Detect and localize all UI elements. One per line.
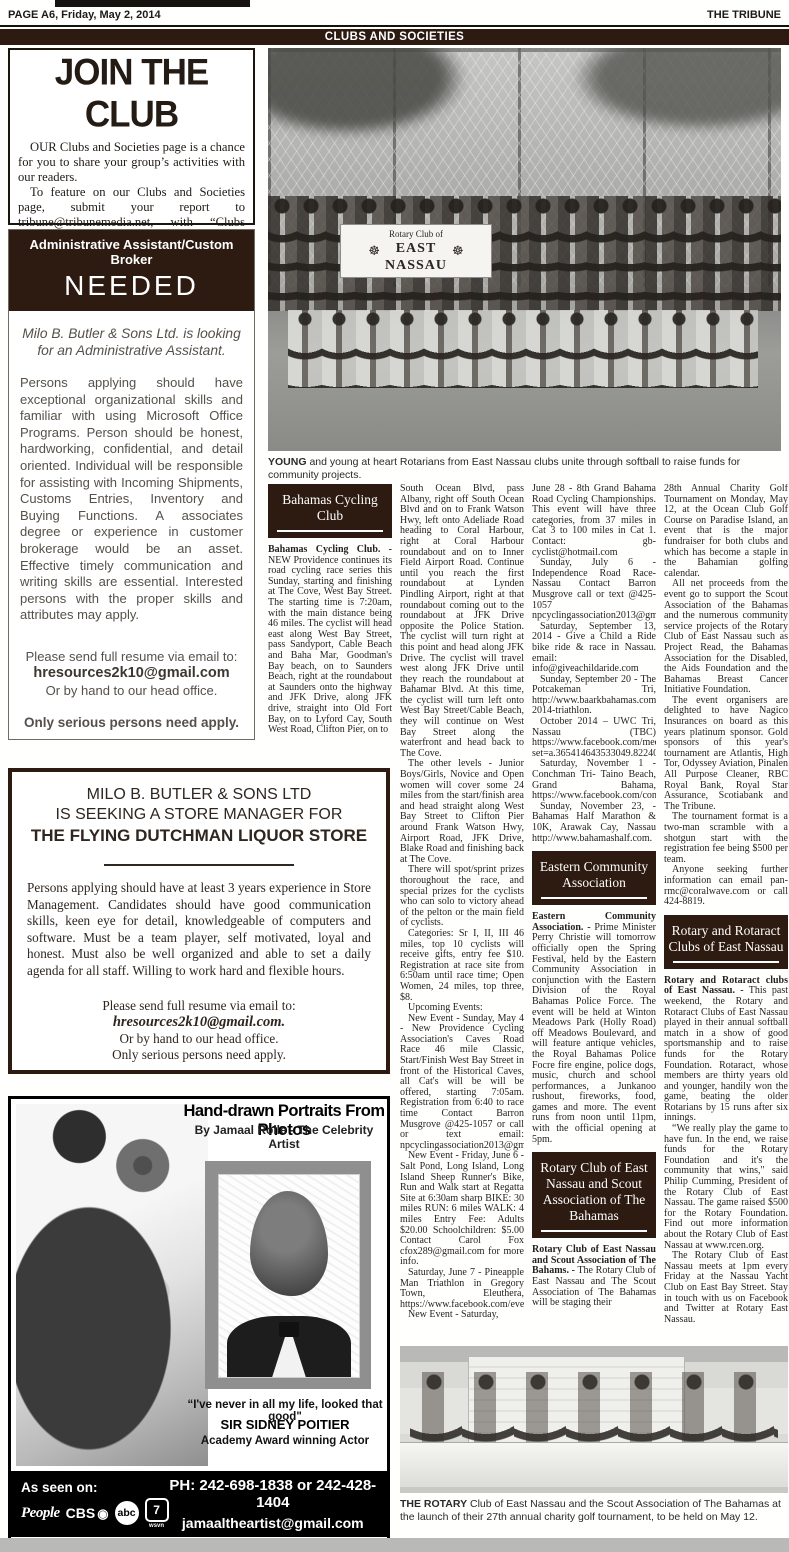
wsvn-7-logo: 7 [145,1498,169,1522]
newspaper-page: PAGE A6, Friday, May 2, 2014 THE TRIBUNE… [0,0,789,1552]
section-title: CLUBS AND SOCIETIES [325,31,464,43]
golf-launch-photo [400,1346,788,1493]
admin-send-line: Please send full resume via email to: [20,648,243,665]
caption-text: and young at heart Rotarians from East N… [268,456,740,481]
rotary-club-banner: ☸ Rotary Club of EAST NASSAU ☸ [340,224,492,278]
article-text: NEW Providence continues its road cyclin… [268,555,392,736]
join-the-club-box: JOIN THE CLUB OUR Clubs and Societies pa… [8,48,255,225]
article-paragraph: Rotary and Rotaract clubs of East Nassau… [664,976,788,1124]
masthead-divider [0,25,789,27]
portrait-ad-phone: PH: 242-698-1838 or 242-428-1404 [169,1477,377,1511]
portrait-ad-email: jamaaltheartist@gmail.com [169,1515,377,1531]
article-paragraph: Eastern Community Association. - Prime M… [532,912,656,1145]
article-paragraph: Saturday, November 1 - Conchman Tri- Tai… [532,759,656,801]
section-heading-eastern-community-association: Eastern Community Association [532,851,656,905]
admin-email: hresources2k10@gmail.com [20,665,243,682]
heading-text: Bahamas Cycling Club [271,492,389,524]
article-text: This past weekend, the Rotary and Rotara… [664,985,788,1123]
sketch-face [250,1191,328,1296]
article-paragraph: South Ocean Blvd, pass Albany, right off… [400,484,524,759]
article-paragraph: Saturday, June 7 - Pineapple Man Triathl… [400,1268,524,1310]
dutchman-serious-line: Only serious persons need apply. [12,1047,386,1064]
kneeling-rotarians-row [288,310,758,388]
dutchman-email: hresources2k10@gmail.com. [12,1014,386,1031]
article-paragraph: Rotary Club of East Nassau and Scout Ass… [532,1245,656,1309]
cbs-logo: CBS [66,1505,96,1521]
admin-ad-contact: Please send full resume via email to: hr… [20,648,243,699]
dutchman-send-line: Please send full resume via email to: [12,998,386,1015]
paper-name: THE TRIBUNE [707,9,781,21]
page-bottom-edge [0,1538,789,1552]
dutchman-contact: Please send full resume via email to: hr… [12,998,386,1064]
article-paragraph: Sunday, November 23, - Bahamas Half Mara… [532,802,656,844]
banner-line2: EAST [385,241,447,257]
article-paragraph: “We really play the game to have fun. In… [664,1124,788,1251]
heading-text: Eastern Community Association [535,859,653,891]
admin-ad-body: Milo B. Butler & Sons Ltd. is looking fo… [9,311,254,730]
article-paragraph: The event organisers are delighted to ha… [664,696,788,813]
portrait-artist-ad: Hand-drawn Portraits From Photos By Jama… [8,1096,390,1545]
portrait-frame [205,1161,371,1389]
article-paragraph: New Event - Friday, June 6 - Salt Pond, … [400,1151,524,1268]
article-column-4: 28th Annual Charity Golf Tournament on M… [664,484,788,1340]
dutchman-hand-line: Or by hand to our head office. [12,1031,386,1048]
dutchman-line3: THE FLYING DUTCHMAN LIQUOR STORE [12,826,386,846]
admin-ad-text: Persons applying should have exceptional… [20,375,243,624]
admin-ad-intro: Milo B. Butler & Sons Ltd. is looking fo… [20,325,243,359]
banner-line1: Rotary Club of [385,229,447,239]
wsvn-label: wsvn [149,1523,164,1529]
portrait-person-name: SIR SIDNEY POITIER [183,1417,387,1432]
article-paragraph: The Rotary Club of East Nassau meets at … [664,1251,788,1325]
article-paragraph: October 2014 – UWC Tri, Nassau (TBC) htt… [532,717,656,759]
portrait-ad-footer: As seen on: People CBS◉ abc 7 wsvn PH: 2… [11,1471,387,1537]
heading-text: Rotary Club of East Nassau and Scout Ass… [535,1160,653,1224]
heading-rule [541,897,647,899]
portrait-ad-subtitle: By Jamaal Rolle - The Celebrity Artist [179,1123,389,1151]
article-lead: Bahamas Cycling Club. - [268,544,392,555]
bottom-photo-caption: THE ROTARY Club of East Nassau and the S… [400,1498,789,1523]
banner-line3: NASSAU [385,258,447,274]
portrait-person-role: Academy Award winning Actor [183,1435,387,1447]
admin-serious-line: Only serious persons need apply. [20,715,243,730]
article-column-1: Bahamas Cycling Club Bahamas Cycling Clu… [268,484,392,766]
article-paragraph: Saturday, September 13, 2014 - Give a Ch… [532,622,656,675]
hugging-men-photo [16,1104,208,1466]
article-paragraph: There will spot/sprint prizes thoroughou… [400,865,524,929]
heading-rule [541,1230,647,1232]
rotary-wheel-icon: ☸ [452,243,464,259]
people-magazine-logo: People [21,1505,60,1522]
article-paragraph: The tournament format is a two-man scram… [664,812,788,865]
article-paragraph: 28th Annual Charity Golf Tournament on M… [664,484,788,579]
heading-rule [277,530,383,532]
main-photo-caption: YOUNG and young at heart Rotarians from … [268,456,781,481]
article-paragraph: New Event - Saturday, [400,1310,524,1321]
dutchman-rule [104,864,294,866]
dutchman-body: Persons applying should have at least 3 … [12,880,386,980]
heading-text: Rotary and Rotaract Clubs of East Nassau [667,923,785,955]
article-paragraph: The other levels - Junior Boys/Girls, No… [400,759,524,865]
article-paragraph: New Event - Sunday, May 4 - New Providen… [400,1014,524,1152]
dutchman-line1: MILO B. BUTLER & SONS LTD [12,786,386,804]
admin-hand-line: Or by hand to our head office. [20,682,243,699]
admin-ad-header: Administrative Assistant/Custom Broker N… [9,230,254,311]
abc-logo: abc [115,1501,139,1525]
cbs-eye-icon: ◉ [97,1507,108,1520]
article-paragraph: All net proceeds from the event go to su… [664,579,788,696]
heading-rule [673,961,779,963]
scan-edge-strip [55,0,250,7]
join-club-paragraph: OUR Clubs and Societies page is a chance… [18,140,245,185]
article-paragraph: Sunday, September 20 - The Potcakeman Tr… [532,675,656,717]
article-paragraph: Bahamas Cycling Club. - NEW Providence c… [268,545,392,736]
admin-assistant-ad: Administrative Assistant/Custom Broker N… [8,229,255,740]
article-text: Prime Minister Perry Christie will tomor… [532,922,656,1145]
sketch-bowtie [279,1322,299,1336]
section-heading-rotary-rotaract: Rotary and Rotaract Clubs of East Nassau [664,915,788,969]
section-bar: CLUBS AND SOCIETIES [0,29,789,45]
rotary-wheel-icon: ☸ [368,243,380,259]
dutchman-line2: IS SEEKING A STORE MANAGER FOR [12,806,386,824]
sidney-poitier-sketch [218,1174,360,1378]
article-column-3: June 28 - 8th Grand Bahama Road Cycling … [532,484,656,1340]
article-paragraph: Anyone seeking further information can e… [664,865,788,907]
article-paragraph: Sunday, July 6 - Independence Road Race-… [532,558,656,622]
page-info: PAGE A6, Friday, May 2, 2014 [8,9,161,21]
as-seen-on-label: As seen on: [21,1480,169,1495]
article-paragraph: June 28 - 8th Grand Bahama Road Cycling … [532,484,656,558]
caption-lead: THE ROTARY [400,1498,467,1510]
caption-lead: YOUNG [268,456,307,468]
article-column-2: South Ocean Blvd, pass Albany, right off… [400,484,524,1340]
people-at-table [410,1372,778,1444]
admin-ad-title: NEEDED [13,270,250,302]
head-table [400,1442,788,1487]
section-heading-bahamas-cycling-club: Bahamas Cycling Club [268,484,392,538]
softball-team-photo: ☸ Rotary Club of EAST NASSAU ☸ [268,48,781,451]
section-heading-rotary-scout: Rotary Club of East Nassau and Scout Ass… [532,1152,656,1238]
article-paragraph: Categories: Sr I, II, III 46 miles, top … [400,929,524,1003]
flying-dutchman-ad: MILO B. BUTLER & SONS LTD IS SEEKING A S… [8,768,390,1074]
admin-ad-kicker: Administrative Assistant/Custom Broker [13,237,250,267]
join-club-title: JOIN THE CLUB [18,52,245,136]
